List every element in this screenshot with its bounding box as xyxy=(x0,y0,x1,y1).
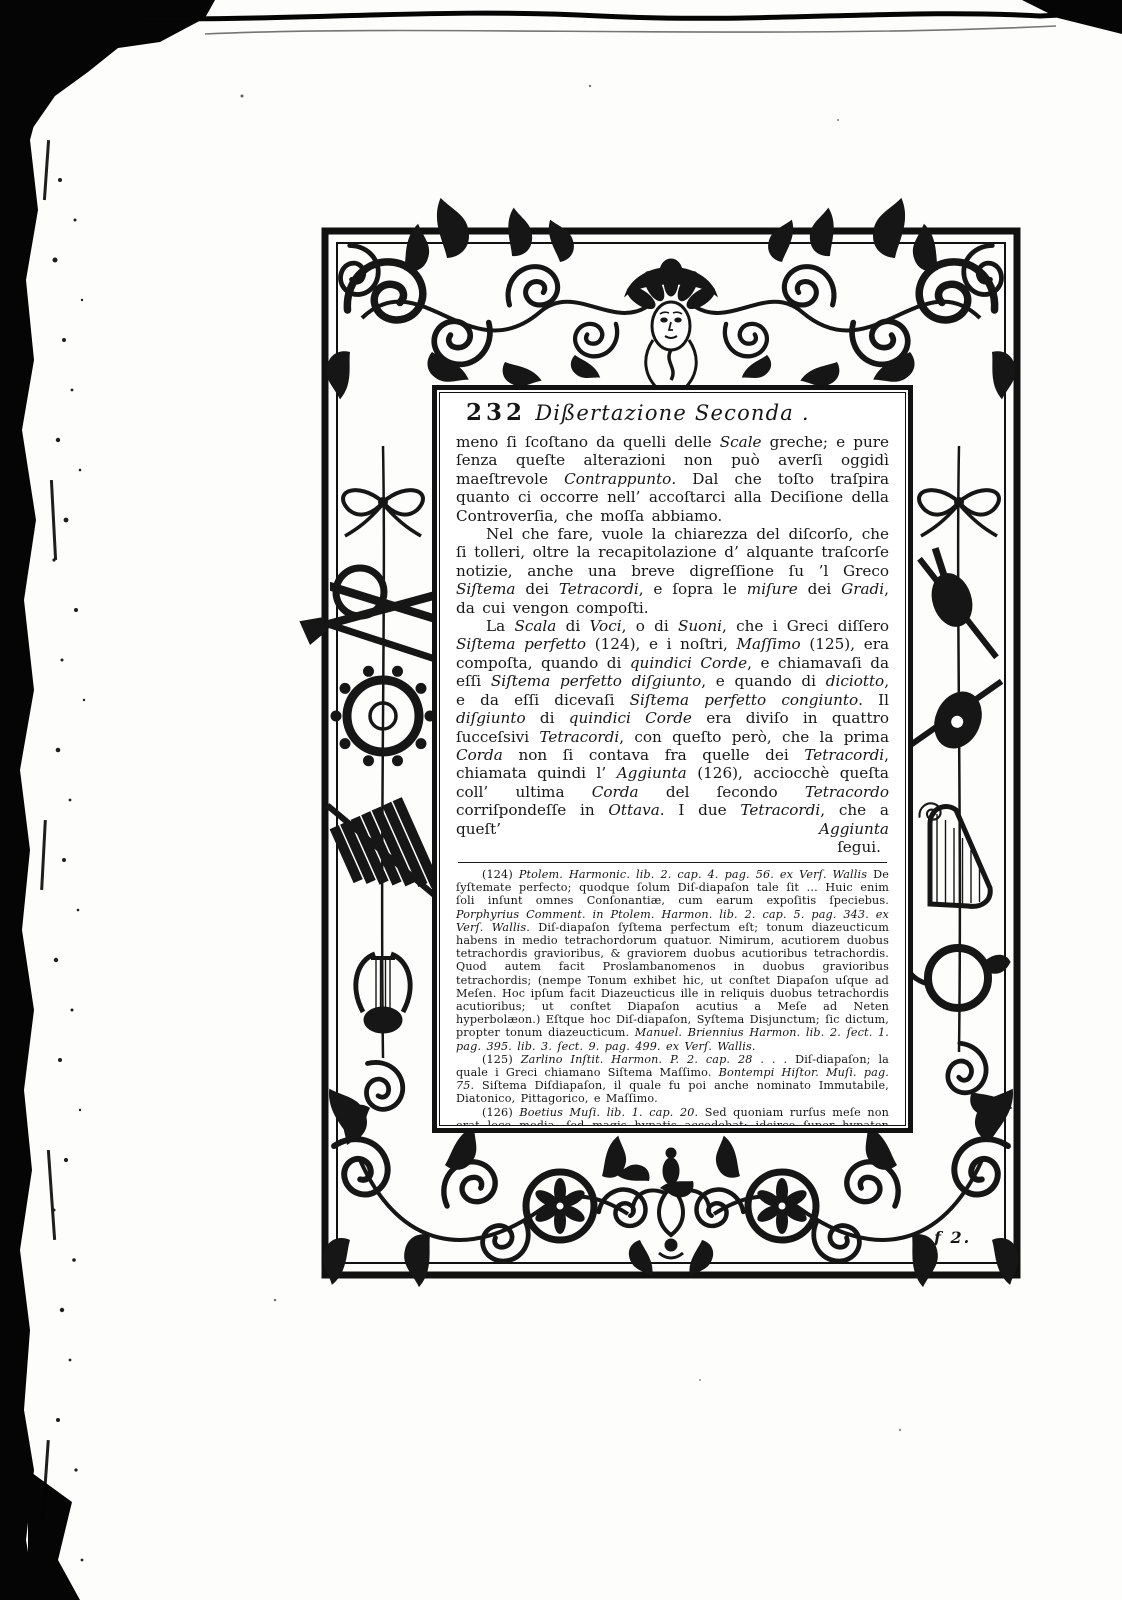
footnote-divider xyxy=(458,862,887,863)
harp-icon xyxy=(919,803,990,906)
body-paragraph: La Scala di Voci, o di Suoni, che i Grec… xyxy=(456,617,889,838)
page-number: 232 xyxy=(466,400,526,426)
panpipes-icon xyxy=(330,798,439,916)
footnote: (124) Ptolem. Harmonic. lib. 2. cap. 4. … xyxy=(456,868,889,1053)
body-paragraph: Nel che fare, vuole la chiarezza del diſ… xyxy=(456,525,889,617)
right-instrument-trophy xyxy=(901,446,1012,1128)
catchword: ſegui. xyxy=(456,838,889,856)
mask-ornament xyxy=(624,259,718,388)
torn-corner-bottom-left xyxy=(28,1470,80,1600)
lute-icon xyxy=(917,543,978,632)
hanging-cord xyxy=(958,446,960,1052)
hunting-horn-icon xyxy=(906,948,1010,1008)
page-header: 232 Dißertazione Seconda . xyxy=(456,399,889,429)
signature-mark: f 2. xyxy=(934,1228,971,1247)
rosette-wreath-icon xyxy=(526,1172,594,1240)
footnote: (125) Zarlino Inſtit. Harmon. P. 2. cap.… xyxy=(456,1053,889,1106)
text-panel: 232 Dißertazione Seconda . meno ſi ſcoſt… xyxy=(432,385,913,1133)
footnote: (126) Boetius Muſi. lib. 1. cap. 20. Sed… xyxy=(456,1106,889,1126)
scan-top-edge-line xyxy=(70,12,1122,19)
text-panel-inner: 232 Dißertazione Seconda . meno ſi ſcoſt… xyxy=(439,392,906,1126)
body-paragraph: meno ſi ſcoſtano da quelli delle Scale g… xyxy=(456,433,889,525)
scanned-book-page: { "document": { "kind": "engraved-book-p… xyxy=(0,0,1122,1600)
